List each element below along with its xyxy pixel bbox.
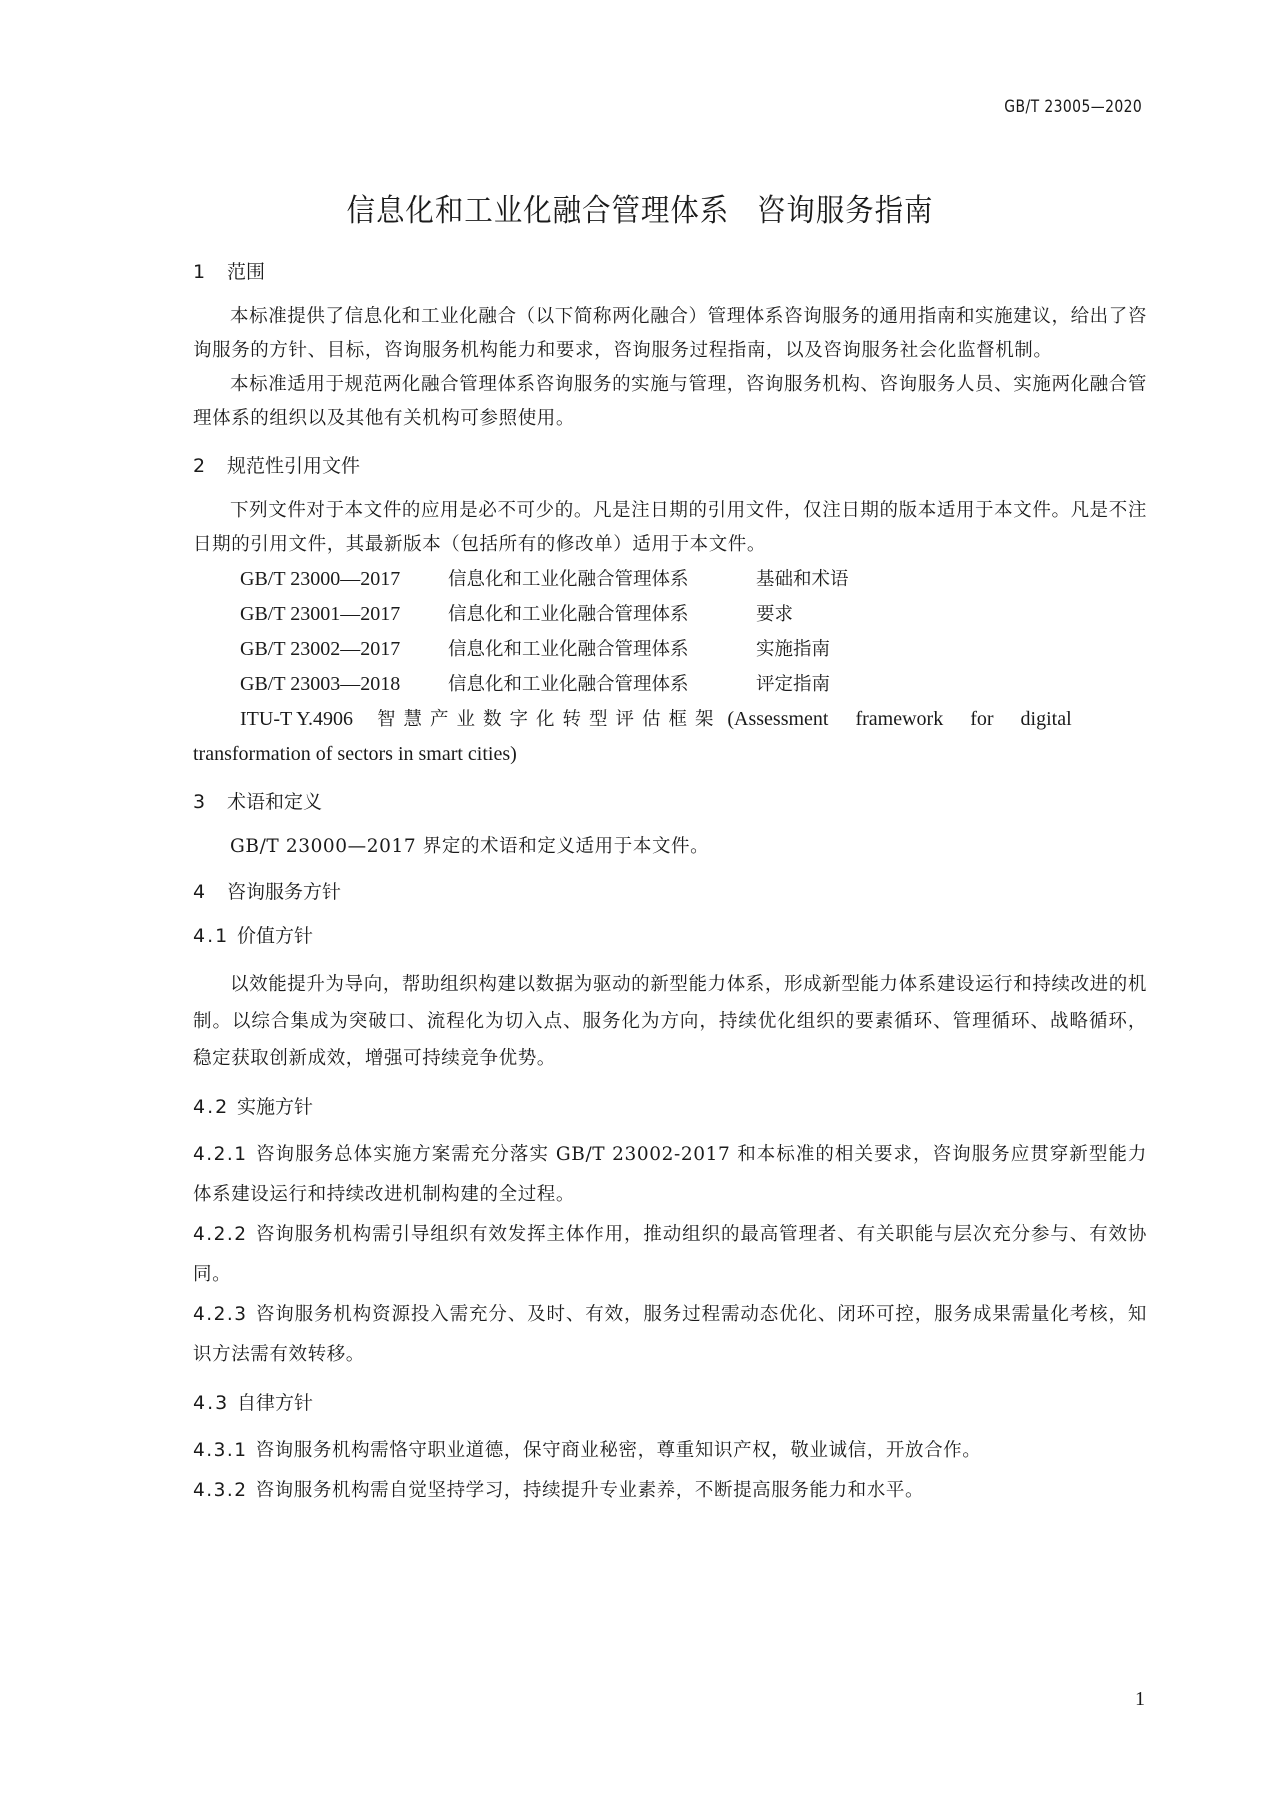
reference-item: GB/T 23000—2017信息化和工业化融合管理体系基础和术语 xyxy=(193,562,1147,597)
clause-text: 咨询服务总体实施方案需充分落实 GB/T 23002-2017 和本标准的相关要… xyxy=(193,1144,1147,1205)
document-page: GB/T 23005—2020 信息化和工业化融合管理体系咨询服务指南 1 范围… xyxy=(0,0,1280,1810)
clause-number: 4.3.1 xyxy=(193,1440,248,1461)
page-number: 1 xyxy=(1135,1688,1145,1711)
subsection-title: 价值方针 xyxy=(237,922,313,950)
subsection-number: 4.2 xyxy=(193,1093,237,1121)
subsection-number: 4.1 xyxy=(193,922,237,950)
clause-text: 咨询服务机构资源投入需充分、及时、有效，服务过程需动态优化、闭环可控，服务成果需… xyxy=(193,1304,1147,1365)
subsection-number: 4.3 xyxy=(193,1389,237,1417)
section-title: 规范性引用文件 xyxy=(227,452,360,480)
clause-4-2-3: 4.2.3咨询服务机构资源投入需充分、及时、有效，服务过程需动态优化、闭环可控，… xyxy=(193,1295,1147,1375)
reference-series: 信息化和工业化融合管理体系 xyxy=(448,598,756,632)
reference-item-itu: ITU-T Y.4906智慧产业数字化转型评估框架 (Assessment fr… xyxy=(193,702,1147,772)
section-number: 1 xyxy=(193,258,227,286)
clause-4-3-2: 4.3.2咨询服务机构需自觉坚持学习，持续提升专业素养，不断提高服务能力和水平。 xyxy=(193,1471,1147,1511)
clause-4-3-1: 4.3.1咨询服务机构需恪守职业道德，保守商业秘密，尊重知识产权，敬业诚信，开放… xyxy=(193,1431,1147,1471)
clause-4-2-1: 4.2.1咨询服务总体实施方案需充分落实 GB/T 23002-2017 和本标… xyxy=(193,1135,1147,1215)
clause-text: 咨询服务机构需自觉坚持学习，持续提升专业素养，不断提高服务能力和水平。 xyxy=(256,1480,925,1501)
reference-title: 要求 xyxy=(756,604,793,625)
document-body: 1 范围 本标准提供了信息化和工业化融合（以下简称两化融合）管理体系咨询服务的通… xyxy=(193,258,1147,1511)
reference-code: GB/T 23001—2017 xyxy=(240,597,448,631)
reference-title: 评定指南 xyxy=(756,674,830,695)
value-policy-paragraph: 以效能提升为导向，帮助组织构建以数据为驱动的新型能力体系，形成新型能力体系建设运… xyxy=(193,966,1147,1077)
reference-title: 实施指南 xyxy=(756,639,830,660)
subsection-4-2-heading: 4.2 实施方针 xyxy=(193,1093,1147,1121)
document-title: 信息化和工业化融合管理体系咨询服务指南 xyxy=(51,185,1229,230)
subsection-title: 自律方针 xyxy=(237,1389,313,1417)
section-number: 2 xyxy=(193,452,227,480)
clause-number: 4.2.1 xyxy=(193,1144,248,1165)
scope-paragraph-1: 本标准提供了信息化和工业化融合（以下简称两化融合）管理体系咨询服务的通用指南和实… xyxy=(193,300,1147,368)
title-part-1: 信息化和工业化融合管理体系 xyxy=(347,193,730,229)
reference-series: 信息化和工业化融合管理体系 xyxy=(448,633,756,667)
clause-text: 咨询服务机构需引导组织有效发挥主体作用，推动组织的最高管理者、有关职能与层次充分… xyxy=(193,1224,1147,1285)
reference-item: GB/T 23002—2017信息化和工业化融合管理体系实施指南 xyxy=(193,632,1147,667)
section-title: 术语和定义 xyxy=(227,788,322,816)
reference-code: GB/T 23003—2018 xyxy=(240,667,448,701)
clause-number: 4.2.3 xyxy=(193,1304,248,1325)
section-1-heading: 1 范围 xyxy=(193,258,1147,286)
subsection-4-1-heading: 4.1 价值方针 xyxy=(193,922,1147,950)
section-number: 3 xyxy=(193,788,227,816)
normative-refs-intro: 下列文件对于本文件的应用是必不可少的。凡是注日期的引用文件，仅注日期的版本适用于… xyxy=(193,494,1147,562)
reference-series: 信息化和工业化融合管理体系 xyxy=(448,668,756,702)
subsection-4-3-heading: 4.3 自律方针 xyxy=(193,1389,1147,1417)
reference-cn-title: 智慧产业数字化转型评估框架 xyxy=(377,709,722,730)
section-title: 咨询服务方针 xyxy=(227,878,341,906)
terms-paragraph: GB/T 23000—2017 界定的术语和定义适用于本文件。 xyxy=(193,830,1147,864)
reference-series: 信息化和工业化融合管理体系 xyxy=(448,563,756,597)
clause-number: 4.3.2 xyxy=(193,1480,248,1501)
reference-en-title-line2: transformation of sectors in smart citie… xyxy=(193,743,517,765)
clause-text: 咨询服务机构需恪守职业道德，保守商业秘密，尊重知识产权，敬业诚信，开放合作。 xyxy=(256,1440,982,1461)
reference-en-title-line1: (Assessment framework for digital xyxy=(727,708,1071,730)
reference-code: ITU-T Y.4906 xyxy=(240,708,353,730)
title-part-2: 咨询服务指南 xyxy=(757,193,934,229)
reference-code: GB/T 23002—2017 xyxy=(240,632,448,666)
subsection-title: 实施方针 xyxy=(237,1093,313,1121)
reference-code: GB/T 23000—2017 xyxy=(240,562,448,596)
section-title: 范围 xyxy=(227,258,265,286)
scope-paragraph-2: 本标准适用于规范两化融合管理体系咨询服务的实施与管理，咨询服务机构、咨询服务人员… xyxy=(193,368,1147,436)
clause-4-2-2: 4.2.2咨询服务机构需引导组织有效发挥主体作用，推动组织的最高管理者、有关职能… xyxy=(193,1215,1147,1295)
reference-title: 基础和术语 xyxy=(756,569,849,590)
clause-number: 4.2.2 xyxy=(193,1224,248,1245)
section-4-heading: 4 咨询服务方针 xyxy=(193,878,1147,906)
section-number: 4 xyxy=(193,878,227,906)
section-2-heading: 2 规范性引用文件 xyxy=(193,452,1147,480)
reference-item: GB/T 23003—2018信息化和工业化融合管理体系评定指南 xyxy=(193,667,1147,702)
section-3-heading: 3 术语和定义 xyxy=(193,788,1147,816)
reference-item: GB/T 23001—2017信息化和工业化融合管理体系要求 xyxy=(193,597,1147,632)
standard-code-header: GB/T 23005—2020 xyxy=(1004,97,1142,117)
